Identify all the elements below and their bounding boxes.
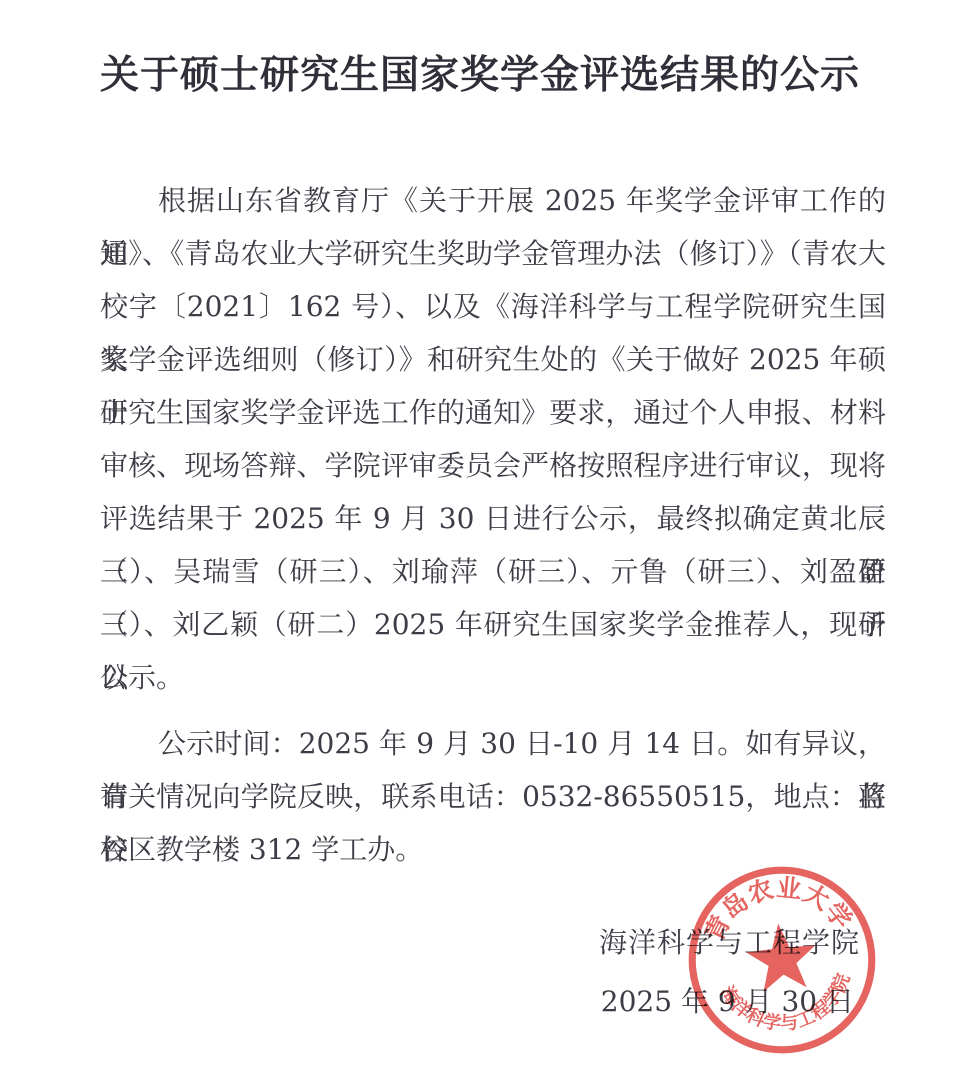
document-body: 根据山东省教育厅《关于开展 2025 年奖学金评审工作的通 知》、《青岛农业大学… [100,174,886,876]
official-seal: 青岛农业大学 海洋科学与工程学院 [670,848,894,1072]
document-title: 关于硕士研究生国家奖学金评选结果的公示 [0,44,960,100]
document-page: 关于硕士研究生国家奖学金评选结果的公示 根据山东省教育厅《关于开展 2025 年… [0,0,960,1087]
seal-star-icon [743,920,819,993]
paragraph-2: 公示时间：2025 年 9 月 30 日-10 月 14 日。如有异议，请将 有… [100,717,886,876]
text-line: 根据山东省教育厅《关于开展 2025 年奖学金评审工作的通 [100,174,886,227]
text-line: 研究生国家奖学金评选工作的通知》要求，通过个人申报、材料 [100,386,886,439]
text-line: 审核、现场答辩、学院评审委员会严格按照程序进行审议，现将 [100,439,886,492]
text-line: 有关情况向学院反映，联系电话：0532-86550515，地点：蓝谷 [100,770,886,823]
paragraph-1: 根据山东省教育厅《关于开展 2025 年奖学金评审工作的通 知》、《青岛农业大学… [100,174,886,704]
text-line: 公示时间：2025 年 9 月 30 日-10 月 14 日。如有异议，请将 [100,717,886,770]
text-line: 公示。 [100,651,886,704]
text-line: 评选结果于 2025 年 9 月 30 日进行公示，最终拟确定黄北辰（研 [100,492,886,545]
text-line: 三）、刘乙颖（研二）2025 年研究生国家奖学金推荐人，现予以 [100,598,886,651]
text-line: 奖学金评选细则（修订）》和研究生处的《关于做好 2025 年硕士 [100,333,886,386]
text-line: 知》、《青岛农业大学研究生奖助学金管理办法（修订）》（青农大 [100,227,886,280]
text-line: 三）、吴瑞雪（研三）、刘瑜萍（研三）、亓鲁（研三）、刘盈盈（研 [100,545,886,598]
text-line: 校字〔2021〕162 号）、以及《海洋科学与工程学院研究生国家 [100,280,886,333]
